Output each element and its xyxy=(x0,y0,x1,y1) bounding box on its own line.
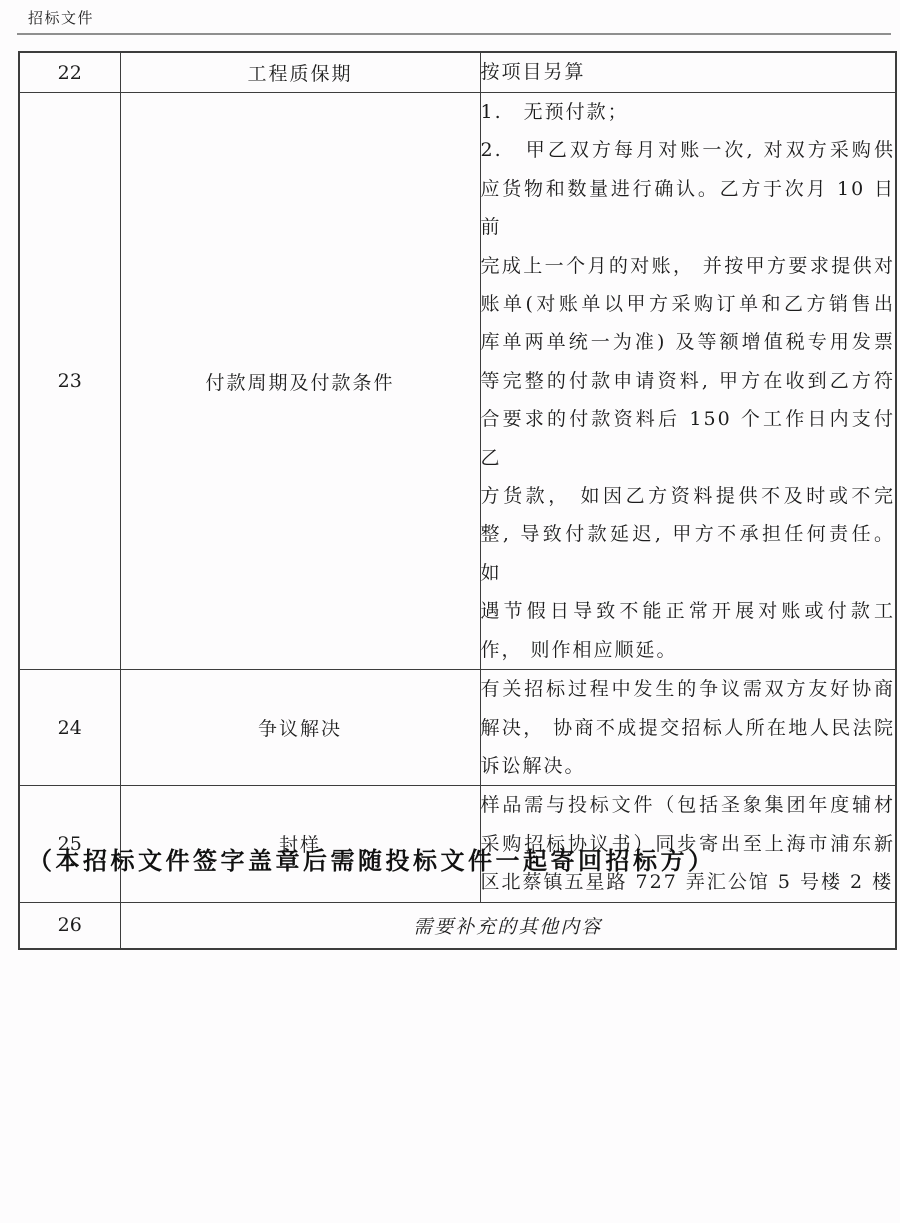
content-line: 库单两单统一为准) 及等额增值税专用发票 xyxy=(481,323,896,361)
content-cell: 按项目另算 xyxy=(480,52,896,93)
row-number-cell: 26 xyxy=(19,902,120,949)
item-name-cell: 争议解决 xyxy=(120,670,480,786)
content-line: 合要求的付款资料后 150 个工作日内支付乙 xyxy=(481,400,896,477)
content-line: 方货款， 如因乙方资料提供不及时或不完 xyxy=(481,477,896,515)
content-line: 1. 无预付款； xyxy=(481,93,896,131)
content-line: 账单(对账单以甲方采购订单和乙方销售出 xyxy=(481,285,896,323)
row-number-cell: 22 xyxy=(19,52,120,93)
content-line: 有关招标过程中发生的争议需双方友好协商 xyxy=(481,670,896,708)
content-line: 遇节假日导致不能正常开展对账或付款工 xyxy=(481,592,896,630)
document-page: 招标文件 22 工程质保期 按项目另算 23 付款周期及付款条件 1. 无预付款… xyxy=(0,0,900,1223)
page-title: 招标文件 xyxy=(28,7,94,28)
content-line: 解决， 协商不成提交招标人所在地人民法院 xyxy=(481,709,896,747)
content-line: 整, 导致付款延迟, 甲方不承担任何责任。 如 xyxy=(481,515,896,592)
content-cell: 有关招标过程中发生的争议需双方友好协商解决， 协商不成提交招标人所在地人民法院诉… xyxy=(480,670,896,786)
content-line: 等完整的付款申请资料, 甲方在收到乙方符 xyxy=(481,362,896,400)
content-line: 按项目另算 xyxy=(481,53,896,91)
row-number-cell: 23 xyxy=(19,93,120,670)
table-row: 22 工程质保期 按项目另算 xyxy=(19,52,896,93)
content-line: 2. 甲乙双方每月对账一次, 对双方采购供 xyxy=(481,131,896,169)
row-number-cell: 24 xyxy=(19,670,120,786)
content-line: 作， 则作相应顺延。 xyxy=(481,631,896,669)
merged-note-cell: 需要补充的其他内容 xyxy=(120,902,896,949)
table-row: 24 争议解决 有关招标过程中发生的争议需双方友好协商解决， 协商不成提交招标人… xyxy=(19,670,896,786)
content-line: 诉讼解决。 xyxy=(481,747,896,785)
content-line: 样品需与投标文件（包括圣象集团年度辅材 xyxy=(481,786,896,824)
content-line: 应货物和数量进行确认。乙方于次月 10 日前 xyxy=(481,170,896,247)
header-divider xyxy=(17,33,891,35)
table-row: 26 需要补充的其他内容 xyxy=(19,902,896,949)
spec-table: 22 工程质保期 按项目另算 23 付款周期及付款条件 1. 无预付款；2. 甲… xyxy=(18,51,897,950)
item-name-cell: 付款周期及付款条件 xyxy=(120,93,480,670)
table-row: 23 付款周期及付款条件 1. 无预付款；2. 甲乙双方每月对账一次, 对双方采… xyxy=(19,93,896,670)
content-line: 完成上一个月的对账， 并按甲方要求提供对 xyxy=(481,247,896,285)
footer-note: （本招标文件签字盖章后需随投标文件一起寄回招标方） xyxy=(28,841,716,876)
content-cell: 1. 无预付款；2. 甲乙双方每月对账一次, 对双方采购供应货物和数量进行确认。… xyxy=(480,93,896,670)
item-name-cell: 工程质保期 xyxy=(120,52,480,93)
